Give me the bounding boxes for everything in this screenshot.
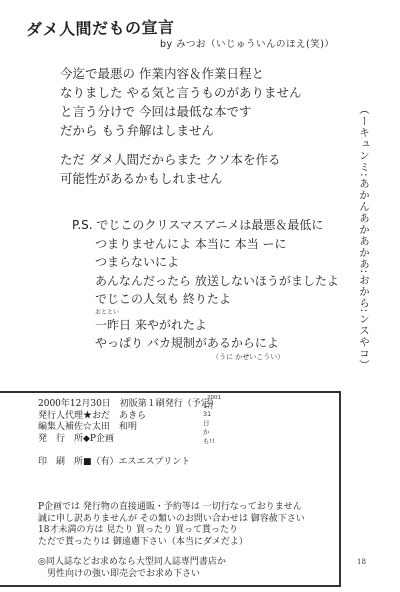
furigana-ototoi: おととい — [72, 309, 339, 316]
publishing-house: 発 行 所◆P企画 — [38, 434, 219, 446]
ps-line: つまりませんによ 本当に 本当 ーに — [72, 235, 339, 254]
publisher-proxy: 発行人代理★おだ あきら — [38, 411, 219, 423]
recommend-line: ◎同人誌などお求めなら大型同人誌専門書店か — [38, 557, 226, 569]
notice-block: P企画では 発行物の直接通販・予約等は 一切行なっておりません 誠に申し訳ありま… — [38, 502, 305, 548]
notice-line: P企画では 発行物の直接通販・予約等は 一切行なっておりません — [38, 502, 305, 514]
body-line: だから もう弁解はしません — [60, 121, 301, 140]
ps-line: つまらないによ — [72, 253, 339, 272]
notice-line: 誠に申し訳ありませんが その類いのお問い合わせは 御容赦下さい — [38, 514, 305, 526]
afterword-body: 今迄で最悪の 作業内容＆作業日程と なりました やる気と言うものがありません と… — [60, 64, 301, 188]
ps-line: やっぱり バカ規制があるからによ — [72, 334, 339, 353]
paragraph-gap — [60, 140, 301, 150]
recommend-line: 男性向けの強い即売会でお求め下さい — [38, 569, 226, 581]
page-number: 18 — [357, 558, 366, 566]
vertical-side-note: （ーキュンミ:あかんあかあかあ:おから:ンスやコ） — [357, 104, 371, 371]
publish-date: 2000年12月30日 初版第１刷発行（予定） — [38, 399, 219, 411]
body-line: 今迄で最悪の 作業内容＆作業日程と — [60, 64, 301, 83]
furigana-last: （うに かせいこうい） — [72, 353, 339, 361]
ps-line: でじこの人気も 終りたよ — [72, 290, 339, 309]
editor-assistant: 編集人補佐☆太田 和明 — [38, 422, 219, 434]
ps-line: あんなんだったら 放送しないほうがましたよ — [72, 272, 339, 291]
body-line: なりました やる気と言うものがありません — [60, 83, 301, 102]
recommend-block: ◎同人誌などお求めなら大型同人誌専門書店か 男性向けの強い即売会でお求め下さい — [38, 557, 226, 580]
author-byline: by みつお（いじゅういんのほえ(笑)） — [160, 36, 334, 50]
body-line: 可能性があるかもしれません — [60, 169, 301, 188]
postscript: P.S. でじこのクリスマスアニメは最悪＆最低に つまりませんによ 本当に 本当… — [72, 216, 339, 361]
colophon-box: 2000年12月30日 初版第１刷発行（予定） 発行人代理★おだ あきら 編集人… — [0, 391, 341, 587]
ps-line: 一昨日 来やがれたよ — [72, 316, 339, 335]
printer-line: 印 刷 所■（有）エスエスプリント — [38, 457, 190, 469]
afterword-title: ダメ人間だもの宣言 — [26, 15, 175, 41]
body-line: と言う分けで 今回は最低な本です — [60, 102, 301, 121]
credits-block: 2000年12月30日 初版第１刷発行（予定） 発行人代理★おだ あきら 編集人… — [38, 399, 219, 445]
notice-line: ただで貰ったりは 御遠慮下さい（本当にダメだよ） — [38, 537, 305, 549]
notice-line: 18才未満の方は 見たり 買ったり 買って貰ったり — [38, 525, 305, 537]
handwritten-day: 1月31日 かも!! — [203, 401, 215, 445]
body-line: ただ ダメ人間だからまた クソ本を作る — [60, 150, 301, 169]
ps-line: P.S. でじこのクリスマスアニメは最悪＆最低に — [72, 216, 339, 235]
